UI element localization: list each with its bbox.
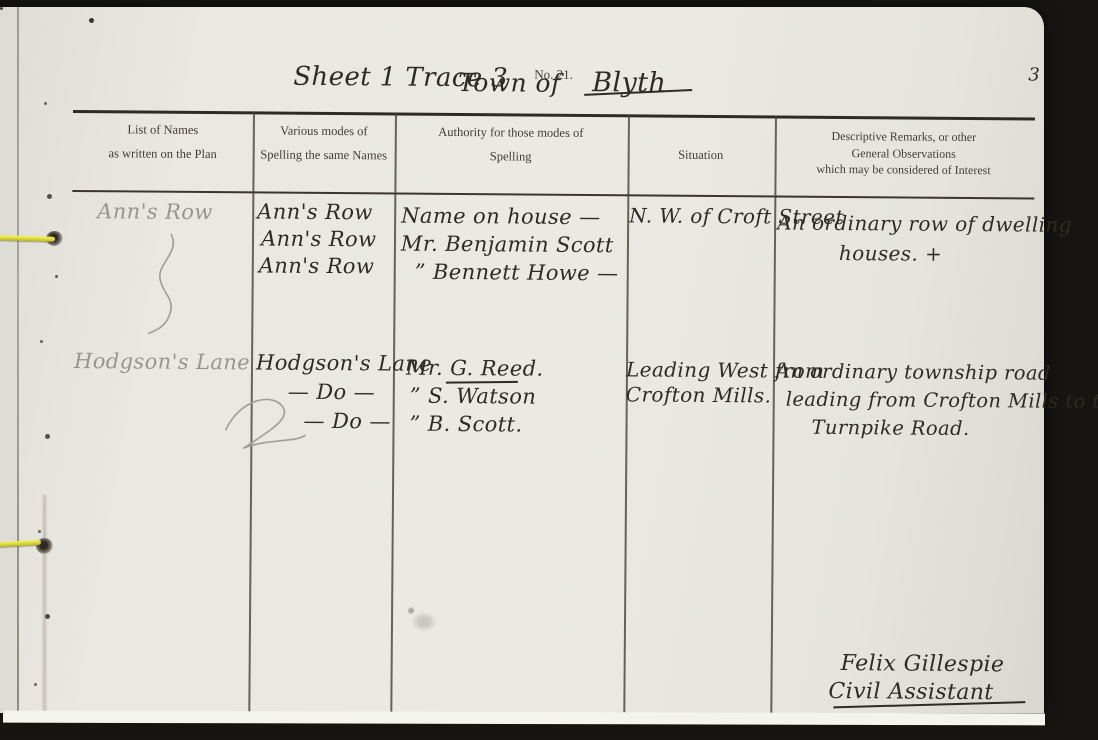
column-header-names: List of Names as written on the Plan — [78, 117, 248, 166]
remarks-line: An ordinary row of dwelling — [777, 208, 1072, 240]
authority-entry: Name on house — — [401, 202, 619, 232]
page-content: Sheet 1 Trace 3 Town of No. 21. Blyth 3 … — [0, 6, 1045, 720]
row2-remarks: An ordinary township road leading from C… — [775, 358, 1098, 445]
page-number: 3 — [1028, 65, 1040, 86]
column-header-line: Descriptive Remarks, or other — [778, 128, 1030, 146]
column-header-line: as written on the Plan — [78, 141, 248, 166]
remarks-line: Turnpike Road. — [811, 414, 1098, 444]
next-page-edge — [3, 711, 1045, 726]
remarks-line: leading from Crofton Mills to the — [786, 386, 1098, 417]
column-header-line: Spelling the same Names — [256, 142, 392, 167]
remarks-line: houses. + — [839, 238, 1072, 270]
column-header-line: Situation — [630, 142, 772, 167]
column-header-spelling-modes: Various modes of Spelling the same Names — [256, 118, 392, 167]
signature-name: Felix Gillespie — [841, 651, 1005, 677]
row1-name-on-plan: Ann's Row — [97, 199, 213, 224]
ink-smudge — [411, 612, 437, 632]
row1-authority: Name on house — Mr. Benjamin Scott ” Ben… — [401, 202, 619, 288]
spelling-entry: Ann's Row — [259, 252, 377, 280]
remarks-line: An ordinary township road — [776, 358, 1098, 389]
column-header-line: Various modes of — [256, 118, 392, 143]
pencil-flourish — [136, 230, 197, 335]
authority-entry: ” S. Watson — [410, 382, 544, 411]
authority-entry: ” B. Scott. — [409, 410, 543, 439]
column-header-line: which may be considered of Interest — [778, 161, 1030, 179]
row2-name-on-plan: Hodgson's Lane — [74, 349, 250, 374]
row1-remarks: An ordinary row of dwelling houses. + — [777, 208, 1072, 270]
column-header-remarks: Descriptive Remarks, or other General Ob… — [778, 128, 1030, 179]
column-header-line: List of Names — [78, 117, 248, 142]
authority-entry: ” Bennett Howe — — [415, 258, 619, 288]
row2-authority: Mr. G. Reed. ” S. Watson ” B. Scott. — [399, 354, 543, 439]
column-header-line: Spelling — [398, 144, 624, 170]
column-header-authority: Authority for those modes of Spelling — [398, 120, 624, 170]
spelling-entry: Ann's Row — [261, 225, 377, 253]
column-header-line: General Observations — [778, 144, 1030, 162]
authority-entry: Mr. Benjamin Scott — [401, 230, 619, 260]
signature-title: Civil Assistant — [828, 679, 993, 705]
column-header-situation: Situation — [630, 142, 772, 167]
heading-number-label: No. 21. — [534, 67, 573, 83]
row1-spellings: Ann's Row Ann's Row Ann's Row — [257, 198, 377, 280]
spelling-entry: Ann's Row — [257, 198, 377, 226]
authority-entry: Mr. G. Reed. — [406, 354, 544, 383]
document-page: Sheet 1 Trace 3 Town of No. 21. Blyth 3 … — [0, 7, 1044, 713]
table-header-underline — [72, 190, 1034, 200]
ink-smudge-dot — [408, 608, 414, 614]
column-header-line: Authority for those modes of — [398, 120, 624, 146]
